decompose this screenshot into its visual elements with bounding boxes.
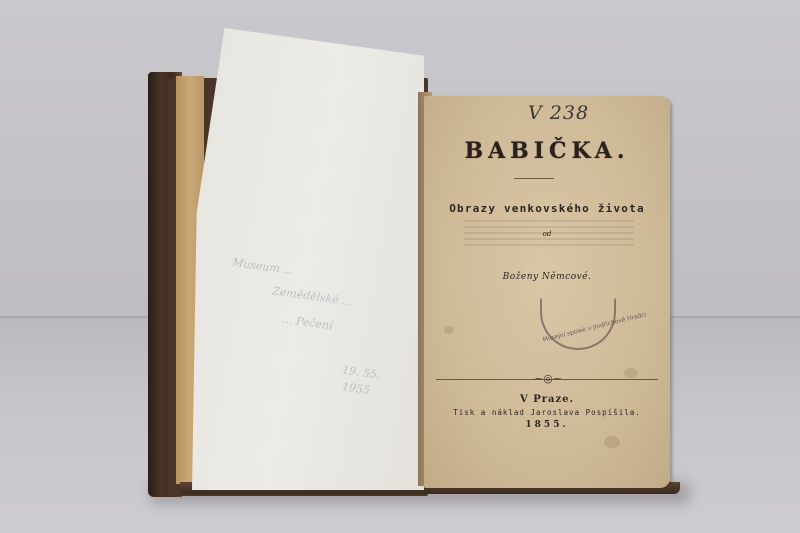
book-title: BABIČKA.: [424, 138, 670, 164]
flyleaf-page: Museum ... Zemědělské ... ... Pečení 19.…: [192, 28, 424, 490]
handwriting-line: Zemědělské ...: [271, 284, 353, 308]
by-label: od: [424, 230, 670, 238]
library-stamp: Musejní spolek v Jindřichově Hradci: [540, 298, 616, 350]
foxing-spot: [444, 326, 454, 334]
handwriting-line: 1955: [341, 380, 371, 397]
handwriting-line: ... Pečení: [281, 313, 333, 333]
foxing-spot: [604, 436, 620, 448]
foxing-spot: [624, 368, 638, 378]
stamp-text: Musejní spolek v Jindřichově Hradci: [542, 319, 614, 343]
divider-rule: [514, 178, 554, 179]
publication-year: 1855.: [424, 420, 670, 430]
handwriting-line: 19. 55.: [341, 363, 381, 381]
shelfmark: V 238: [528, 102, 589, 124]
title-page: V 238 BABIČKA. Obrazy venkovského života…: [424, 96, 670, 488]
author-name: Boženy Němcové.: [424, 272, 670, 282]
publisher-line: Tisk a náklad Jaroslava Pospíšila.: [424, 408, 670, 417]
handwriting-line: Museum ...: [231, 256, 294, 278]
publication-place: V Praze.: [424, 394, 670, 405]
book-subtitle: Obrazy venkovského života: [424, 202, 670, 215]
ornament-icon: ~◎~: [534, 372, 562, 385]
